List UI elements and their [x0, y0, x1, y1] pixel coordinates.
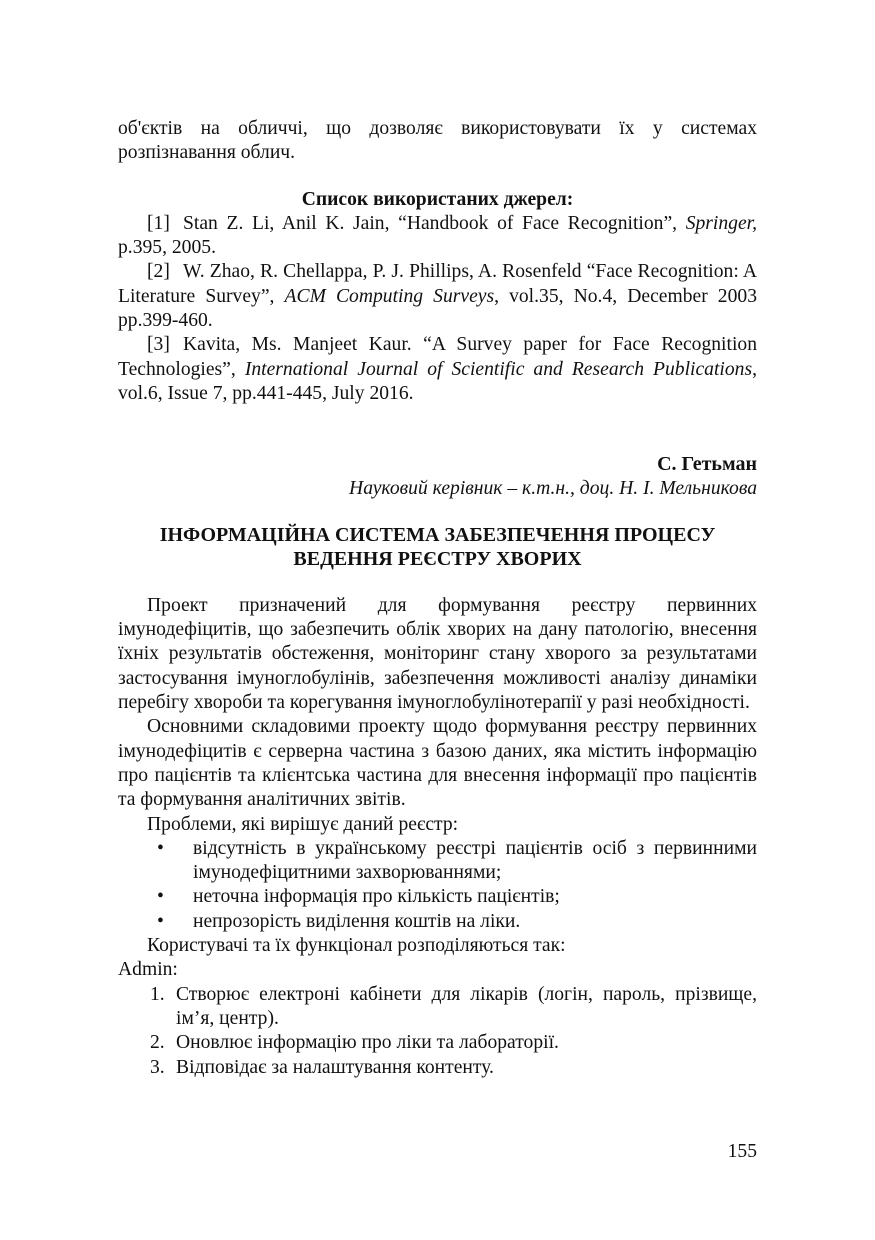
- list-item-text: неточна інформація про кількість пацієнт…: [193, 886, 560, 907]
- references-title: Список використаних джерел:: [118, 188, 757, 212]
- article-title-line2: ВЕДЕННЯ РЕЄСТРУ ХВОРИХ: [118, 547, 757, 571]
- admin-label: Admin:: [118, 958, 757, 982]
- list-number: 1.: [150, 983, 165, 1007]
- bullet-icon: •: [157, 885, 164, 909]
- list-item-text: непрозорість виділення коштів на ліки.: [193, 911, 520, 932]
- paragraph: Основними складовими проекту щодо формув…: [118, 715, 757, 812]
- author-block: С. Гетьман Науковий керівник – к.т.н., д…: [118, 452, 757, 501]
- reference-item: [2]W. Zhao, R. Chellappa, P. J. Phillips…: [118, 260, 757, 333]
- page-body: об'єктів на обличчі, що дозволяє викорис…: [118, 117, 757, 1080]
- users-intro: Користувачі та їх функціонал розподіляют…: [118, 934, 757, 958]
- reference-item: [3]Kavita, Ms. Manjeet Kaur. “A Survey p…: [118, 333, 757, 406]
- list-item: •відсутність в українському реєстрі паці…: [118, 837, 757, 886]
- intro-continuation-line2: розпізнавання облич.: [118, 141, 757, 165]
- references-list: [1]Stan Z. Li, Anil K. Jain, “Handbook o…: [118, 212, 757, 406]
- reference-source: ACM Computing Surveys: [285, 286, 495, 307]
- paragraph: Проект призначений для формування реєстр…: [118, 594, 757, 715]
- list-item-text: відсутність в українському реєстрі паціє…: [193, 838, 757, 883]
- reference-source: International Journal of Scientific and …: [245, 359, 752, 380]
- reference-text-tail: p.395, 2005.: [118, 237, 216, 258]
- reference-text: Stan Z. Li, Anil K. Jain, “Handbook of F…: [183, 213, 686, 234]
- list-number: 3.: [150, 1056, 165, 1080]
- list-number: 2.: [150, 1031, 165, 1055]
- list-item-text: Відповідає за налаштування контенту.: [176, 1057, 494, 1078]
- reference-number: [3]: [147, 333, 183, 357]
- bullet-icon: •: [157, 837, 164, 861]
- bullet-icon: •: [157, 910, 164, 934]
- list-item: 3.Відповідає за налаштування контенту.: [118, 1056, 757, 1080]
- list-item: •непрозорість виділення коштів на ліки.: [118, 910, 757, 934]
- list-item-text: Створює електроні кабінети для лікарів (…: [176, 984, 757, 1029]
- list-item: 2.Оновлює інформацію про ліки та лаборат…: [118, 1031, 757, 1055]
- article-author: С. Гетьман: [118, 452, 757, 476]
- page-number: 155: [700, 1141, 757, 1163]
- intro-continuation-line1: об'єктів на обличчі, що дозволяє викорис…: [118, 117, 757, 141]
- reference-source: Springer,: [686, 213, 757, 234]
- reference-number: [1]: [147, 212, 183, 236]
- article-body: Проект призначений для формування реєстр…: [118, 594, 757, 1080]
- reference-number: [2]: [147, 260, 183, 284]
- paragraph: Проблеми, які вирішує даний реєстр:: [118, 813, 757, 837]
- article-supervisor: Науковий керівник – к.т.н., доц. Н. І. М…: [118, 477, 757, 501]
- article-title-line1: ІНФОРМАЦІЙНА СИСТЕМА ЗАБЕЗПЕЧЕННЯ ПРОЦЕС…: [118, 523, 757, 547]
- list-item: 1.Створює електроні кабінети для лікарів…: [118, 983, 757, 1032]
- article-title: ІНФОРМАЦІЙНА СИСТЕМА ЗАБЕЗПЕЧЕННЯ ПРОЦЕС…: [118, 523, 757, 571]
- admin-functions-list: 1.Створює електроні кабінети для лікарів…: [118, 983, 757, 1080]
- reference-item: [1]Stan Z. Li, Anil K. Jain, “Handbook o…: [118, 212, 757, 261]
- list-item: •неточна інформація про кількість пацієн…: [118, 885, 757, 909]
- list-item-text: Оновлює інформацію про ліки та лаборатор…: [176, 1032, 559, 1053]
- problems-list: •відсутність в українському реєстрі паці…: [118, 837, 757, 934]
